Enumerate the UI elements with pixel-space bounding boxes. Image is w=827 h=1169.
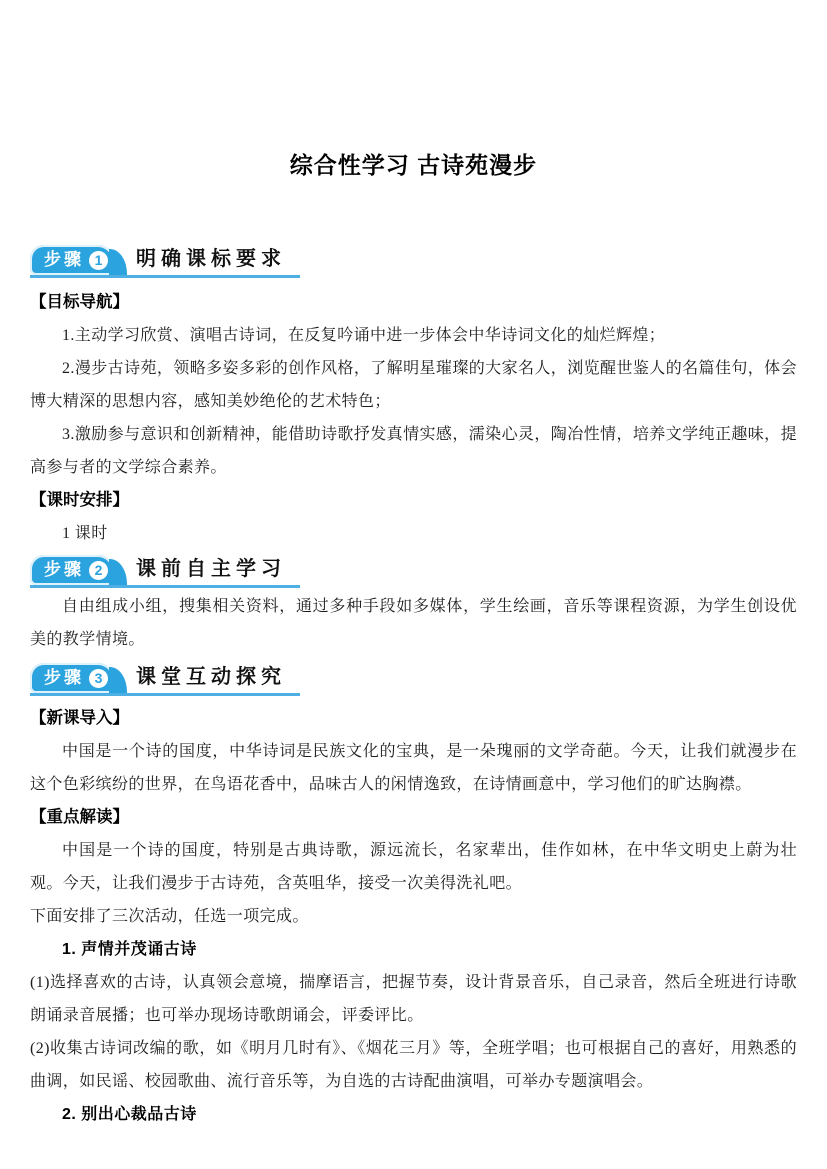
section-heading-goal: 【目标导航】	[30, 286, 797, 319]
schedule-body: 1 课时	[30, 517, 797, 550]
step-badge-label: 步骤	[44, 663, 84, 693]
step-badge-3: 步骤 3	[30, 663, 114, 693]
activity-1-item-1: (1)选择喜欢的古诗，认真领会意境，揣摩语言，把握节奏，设计背景音乐，自己录音，…	[30, 966, 797, 1032]
step-title-3: 课堂互动探究	[114, 662, 300, 693]
step-badge-label: 步骤	[44, 555, 84, 585]
page-title: 综合性学习 古诗苑漫步	[30, 148, 797, 182]
step-badge-2: 步骤 2	[30, 555, 114, 585]
activity-1-item-2: (2)收集古诗词改编的歌，如《明月几时有》、《烟花三月》等，全班学唱；也可根据自…	[30, 1032, 797, 1098]
step-badge-1: 步骤 1	[30, 245, 114, 275]
step-number-circle-2: 2	[89, 561, 108, 580]
goal-item-2: 2.漫步古诗苑，领略多姿多彩的创作风格，了解明星璀璨的大家名人，浏览醒世鉴人的名…	[30, 352, 797, 418]
step-number-circle-3: 3	[89, 669, 108, 688]
step-number-circle-1: 1	[89, 251, 108, 270]
step-badge-label: 步骤	[44, 245, 84, 275]
intro-body: 中国是一个诗的国度，中华诗词是民族文化的宝典，是一朵瑰丽的文学奇葩。今天，让我们…	[30, 735, 797, 801]
key-note: 下面安排了三次活动，任选一项完成。	[30, 900, 797, 933]
prelearn-body: 自由组成小组，搜集相关资料，通过多种手段如多媒体，学生绘画，音乐等课程资源，为学…	[30, 590, 797, 656]
step-header-3: 步骤 3 课堂互动探究	[30, 662, 300, 696]
step-title-2: 课前自主学习	[114, 554, 300, 585]
activity-2-title: 2. 别出心裁品古诗	[30, 1098, 797, 1131]
step-header-2: 步骤 2 课前自主学习	[30, 554, 300, 588]
document-page: 综合性学习 古诗苑漫步 步骤 1 明确课标要求 【目标导航】 1.主动学习欣赏、…	[0, 0, 827, 1169]
activity-1-title: 1. 声情并茂诵古诗	[30, 933, 797, 966]
goal-item-3: 3.激励参与意识和创新精神，能借助诗歌抒发真情实感，濡染心灵，陶冶性情，培养文学…	[30, 418, 797, 484]
step-header-1: 步骤 1 明确课标要求	[30, 244, 300, 278]
section-heading-intro: 【新课导入】	[30, 702, 797, 735]
step-title-1: 明确课标要求	[114, 244, 300, 275]
goal-item-1: 1.主动学习欣赏、演唱古诗词，在反复吟诵中进一步体会中华诗词文化的灿烂辉煌；	[30, 319, 797, 352]
section-heading-schedule: 【课时安排】	[30, 484, 797, 517]
section-heading-key: 【重点解读】	[30, 801, 797, 834]
key-body: 中国是一个诗的国度，特别是古典诗歌，源远流长，名家辈出，佳作如林，在中华文明史上…	[30, 834, 797, 900]
